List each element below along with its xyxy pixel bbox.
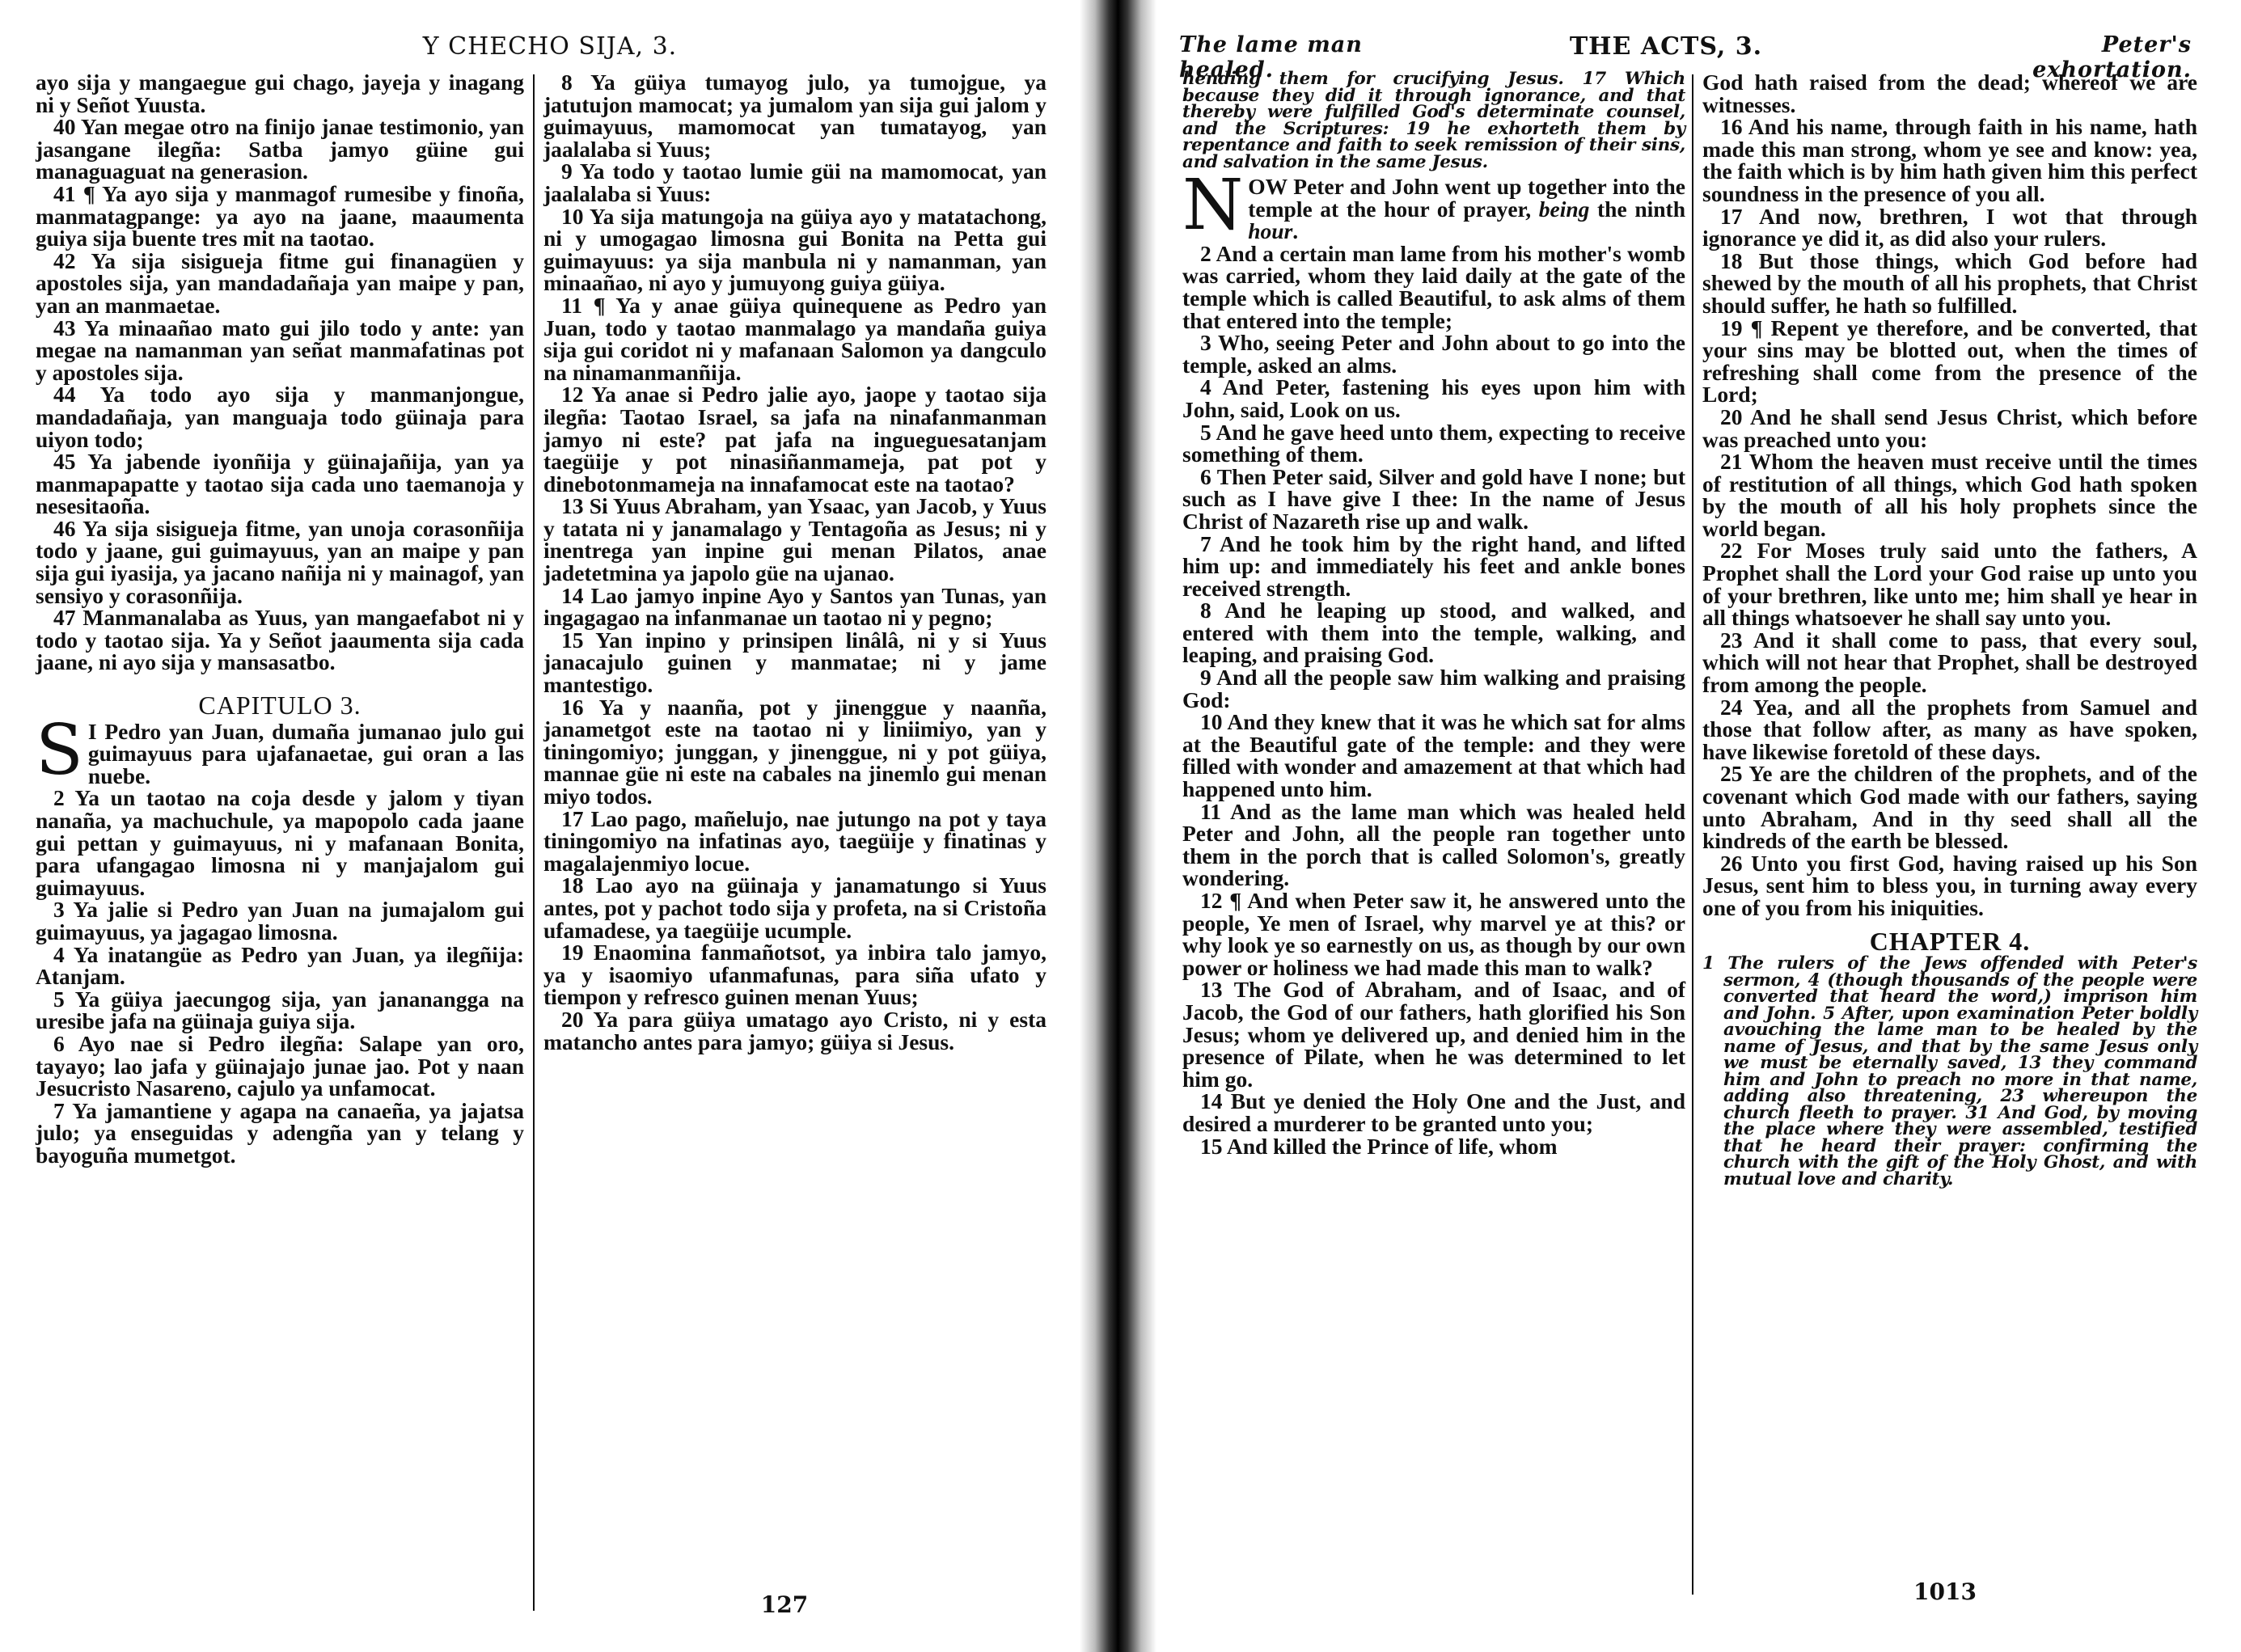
verse: 42 Ya sija sisigueja fitme gui finanagüe… [36,250,524,317]
italic-word: hour [1248,218,1292,243]
chapter-heading: CHAPTER 4. [1702,931,2197,953]
chapter-opening: SI Pedro yan Juan, dumaña jumanao julo g… [36,720,524,788]
verse: 7 Ya jamantiene y agapa na canaeña, ya j… [36,1100,524,1167]
verse: 23 And it shall come to pass, that every… [1702,629,2197,696]
page-number: 1013 [1901,1578,1989,1605]
running-head-left: The lame man healed. [1179,32,1438,65]
opening-text: . [1292,218,1298,243]
verse: 16 Ya y naanña, pot y jinenggue y naanña… [543,696,1047,808]
verse: 5 Ya güiya jaecungog sija, yan jananangg… [36,988,524,1033]
verse: 17 Lao pago, mañelujo, nae jutungo na po… [543,808,1047,875]
left-column-2: 8 Ya güiya tumayog julo, ya tumojgue, ya… [543,71,1047,1053]
verse: 26 Unto you first God, having raised up … [1702,852,2197,919]
right-column-2: God hath raised from the dead; whereof w… [1702,71,2197,1193]
verse: 3 Ya jalie si Pedro yan Juan na jumajalo… [36,898,524,943]
verse: 44 Ya todo ayo sija y manmanjongue, mand… [36,383,524,450]
running-head-right: Peter's exhortation. [1949,32,2192,65]
verse: 10 Ya sija matungoja na güiya ayo y mata… [543,205,1047,294]
verse: 10 And they knew that it was he which sa… [1182,711,1685,800]
column-divider [1692,74,1693,1595]
running-head-center: THE ACTS, 3. [1545,32,1787,65]
column-divider [533,74,535,1611]
verse: 9 And all the people saw him walking and… [1182,666,1685,711]
chapter-opening: NOW Peter and John went up together into… [1182,175,1685,243]
verse: 17 And now, brethren, I wot that through… [1702,205,2197,250]
verse: 4 And Peter, fastening his eyes upon him… [1182,376,1685,420]
verse: 14 But ye denied the Holy One and the Ju… [1182,1090,1685,1134]
verse: 13 The God of Abraham, and of Isaac, and… [1182,978,1685,1090]
verse: 19 ¶ Repent ye therefore, and be convert… [1702,317,2197,406]
verse: 8 And he leaping up stood, and walked, a… [1182,599,1685,666]
verse: 21 Whom the heaven must receive until th… [1702,450,2197,539]
verse: 43 Ya minaañao mato gui jilo todo y ante… [36,317,524,384]
opening-text: the ninth [1589,196,1685,222]
left-page: Y CHECHO SIJA, 3. ayo sija y mangaegue g… [0,0,1076,1652]
page-number: 127 [752,1591,817,1618]
verse: 9 Ya todo y taotao lumie güi na mamomoca… [543,160,1047,205]
verse: 4 Ya inatangüe as Pedro yan Juan, ya ile… [36,944,524,988]
chapter-heading: CAPITULO 3. [36,695,524,717]
chapter-summary: 1 The rulers of the Jews offended with P… [1702,956,2197,1188]
verse: 5 And he gave heed unto them, expecting … [1182,421,1685,466]
verse: 25 Ye are the children of the prophets, … [1702,763,2197,851]
drop-cap: S [36,722,83,779]
verse: 3 Who, seeing Peter and John about to go… [1182,332,1685,376]
opening-text: I Pedro yan Juan, dumaña jumanao julo gu… [88,719,524,788]
verse: 2 And a certain man lame from his mother… [1182,243,1685,332]
verse-continuation: God hath raised from the dead; whereof w… [1702,71,2197,116]
verse: 15 And killed the Prince of life, whom [1182,1135,1685,1158]
verse: 12 ¶ And when Peter saw it, he answered … [1182,889,1685,978]
verse: 22 For Moses truly said unto the fathers… [1702,539,2197,628]
left-column-1: ayo sija y mangaegue gui chago, jayeja y… [36,71,524,1167]
verse: 16 And his name, through faith in his na… [1702,116,2197,205]
verse: 20 And he shall send Jesus Christ, which… [1702,406,2197,450]
verse: 6 Then Peter said, Silver and gold have … [1182,466,1685,533]
verse: 20 Ya para güiya umatago ayo Cristo, ni … [543,1008,1047,1053]
verse: 46 Ya sija sisigueja fitme, yan unoja co… [36,518,524,606]
verse: 45 Ya jabende iyonñija y güinajañija, ya… [36,450,524,518]
right-page: The lame man healed. THE ACTS, 3. Peter'… [1156,0,2241,1652]
verse: 18 Lao ayo na güinaja y janamatungo si Y… [543,874,1047,941]
verse: 41 ¶ Ya ayo sija y manmagof rumesibe y f… [36,183,524,250]
verse: 19 Enaomina fanmañotsot, ya inbira talo … [543,941,1047,1008]
verse-continuation: ayo sija y mangaegue gui chago, jayeja y… [36,71,524,116]
verse: 11 And as the lame man which was healed … [1182,801,1685,889]
left-running-head: Y CHECHO SIJA, 3. [404,32,696,65]
verse: 11 ¶ Ya y anae güiya quinequene as Pedro… [543,294,1047,383]
book-gutter [1080,0,1156,1652]
drop-cap: N [1182,177,1243,234]
italic-word: being [1539,196,1590,222]
verse: 14 Lao jamyo inpine Ayo y Santos yan Tun… [543,585,1047,629]
verse: 18 But those things, which God before ha… [1702,250,2197,317]
verse: 40 Yan megae otro na finijo janae testim… [36,116,524,183]
verse: 15 Yan inpino y prinsipen linâlâ, ni y s… [543,629,1047,696]
verse: 13 Si Yuus Abraham, yan Ysaac, yan Jacob… [543,495,1047,584]
verse: 6 Ayo nae si Pedro ilegña: Salape yan or… [36,1033,524,1100]
verse: 24 Yea, and all the prophets from Samuel… [1702,696,2197,763]
verse: 12 Ya anae si Pedro jalie ayo, jaope y t… [543,383,1047,495]
verse: 2 Ya un taotao na coja desde y jalom y t… [36,787,524,898]
verse: 7 And he took him by the right hand, and… [1182,533,1685,600]
right-column-1: hending them for crucifying Jesus. 17 Wh… [1182,71,1685,1157]
verse: 47 Manmanalaba as Yuus, yan mangaefabot … [36,606,524,674]
chapter-summary-continuation: hending them for crucifying Jesus. 17 Wh… [1182,71,1685,171]
verse: 8 Ya güiya tumayog julo, ya tumojgue, ya… [543,71,1047,160]
